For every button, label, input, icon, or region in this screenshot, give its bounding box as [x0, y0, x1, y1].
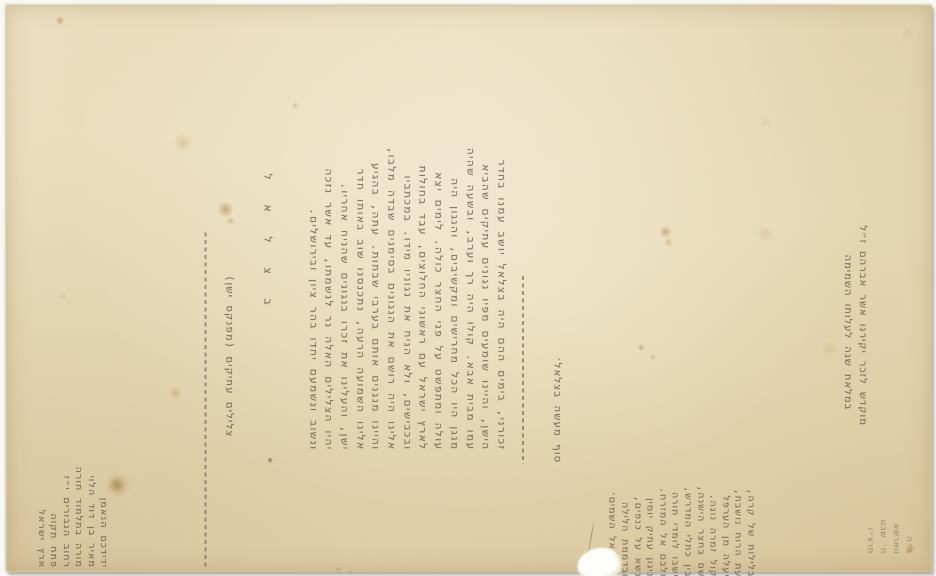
dedication-block: מוקדש לזכר יקירנו אשר אברהם ז״ל במלאת שנ… [840, 239, 869, 426]
poem-line: בין כתלי המדרש, [681, 431, 694, 576]
paragraph-line: עמו מבית אבא. קולו היה רך וערב, ובשעה שה… [461, 68, 477, 451]
stain-spot [820, 342, 838, 356]
poem-line: ניגון עתיק יומין [643, 431, 656, 576]
stain-spot [291, 102, 299, 109]
poem-line: עת הרוח נושבת, [731, 431, 744, 576]
signature-line: ידידכם הנאמן [97, 374, 109, 568]
stain-spot [900, 28, 916, 39]
paragraph-line: זכורני, בימים ההם היה בצלאל יושב עמנו בח… [493, 68, 509, 451]
paragraph-line: ישן, והעלינו את זכרו בנגונים שהניח אחריו… [336, 68, 352, 451]
paragraph-line: אלינו השמועה הרעה, נתכנסנו שוב באותו חדר [351, 68, 367, 451]
footnote-line: צלילים עתיקים (מפנקס ישן) [216, 236, 235, 438]
paragraph-line: לארץ ישראל עם ראשוני החלוצים, עבד בחולות [414, 68, 430, 451]
dashed-rule-1 [205, 233, 207, 570]
poem-line: יעלה מן הערפל [719, 431, 732, 576]
stain-spot [665, 237, 672, 248]
dashed-rule-2 [522, 276, 524, 464]
stain-spot [59, 292, 68, 300]
paper-damage-blob [578, 548, 621, 576]
signature-line: ארץ ישראל [35, 374, 47, 568]
signature-line: פתח תקוה [47, 374, 59, 568]
paper-crack [588, 517, 595, 553]
stain-spot [217, 202, 234, 217]
paragraph-line: ונשוב ונשמעם יחדו בהר ציון ובירושלים. [304, 68, 320, 451]
stain-spot [108, 477, 126, 493]
signature-line: רחוב הגבורים י״ז [59, 374, 71, 568]
poem-line: ובדממת הלילה [618, 431, 631, 576]
stain-spot [755, 226, 775, 241]
note-line: ח׳ שבט [876, 494, 889, 554]
paragraph-line: ובכבישים, ולא הניח את נגוניו מידו. במכתב… [399, 68, 415, 451]
paper-sheet: זכורני, בימים ההם היה בצלאל יושב עמנו בח… [6, 5, 932, 572]
author-line: * ב צ ל א ל [258, 174, 279, 464]
poem-line: שם בחצר הישנה, [694, 431, 707, 576]
main-paragraph: זכורני, בימים ההם היה בצלאל יושב עמנו בח… [305, 68, 509, 451]
poem-line: ולבם אל המזרח. [656, 431, 669, 576]
end-marker: סוף מעשה בצלאל׳ [545, 301, 563, 464]
stain-spot [637, 344, 645, 351]
poem-line: בלילות של קרה, [744, 431, 757, 576]
signature-line: מורה בתלמוד תורה [72, 374, 84, 568]
signature-block: ידידכם הנאמן מאיר בן דוד הלוי מורה בתלמו… [35, 374, 109, 568]
scanned-document: זכורני, בימים ההם היה בצלאל יושב עמנו בח… [0, 0, 936, 576]
stain-spot [650, 354, 656, 360]
note-line: ב״ה [902, 494, 915, 554]
paragraph-line: אלינו היה רושם את הנגונים בסימנים שבדה מ… [383, 68, 399, 451]
paragraph-line: עולה ומתפשט על פני החצר כולה. לימים יצא [430, 68, 446, 451]
poem-block: בלילות של קרה, עת הרוח נושבת, יעלה מן הע… [605, 431, 757, 576]
poem-line: קול זמרה נוגה. [706, 431, 719, 576]
paragraph-line: מנגן היו הכל מחרישים ומקשיבים, והנגון הי… [446, 68, 462, 451]
dedication-line: מוקדש לזכר יקירנו אשר אברהם ז״ל [855, 239, 870, 426]
paragraph-line: הישן, והיינו שומעים מפיו נגונים עתיקים ש… [477, 68, 493, 451]
author-name-spaced: ב צ ל א ל [262, 174, 275, 314]
note-line: תרצ״ו [863, 494, 876, 554]
stain-spot [168, 387, 182, 399]
signature-line: מאיר בן דוד הלוי [84, 374, 96, 568]
corner-date-note: ב״ה ווארשא ח׳ שבט תרצ״ו [865, 494, 915, 554]
dedication-line: במלאת שנה לעלותו השמימה [840, 239, 855, 426]
stain-spot [335, 566, 342, 572]
stain-spot [55, 16, 65, 25]
poem-line: ישבו לומדי תורה [668, 431, 681, 576]
note-line: ווארשא [889, 494, 902, 554]
paragraph-line: והיינו מנגנים אותם בערבי שבתות. עתה, בהג… [367, 68, 383, 451]
stain-spot [171, 134, 195, 152]
stain-spot [659, 226, 672, 238]
stain-spot [226, 217, 235, 225]
stain-spot [348, 570, 353, 575]
stain-spot [759, 118, 771, 127]
poem-line: נשא על כנפים, [631, 431, 644, 576]
paragraph-line: יהיו הצלילים האלה נר לנשמתו, עד אשר נזכה [320, 68, 336, 451]
footnote-asterisk: * [262, 457, 275, 464]
